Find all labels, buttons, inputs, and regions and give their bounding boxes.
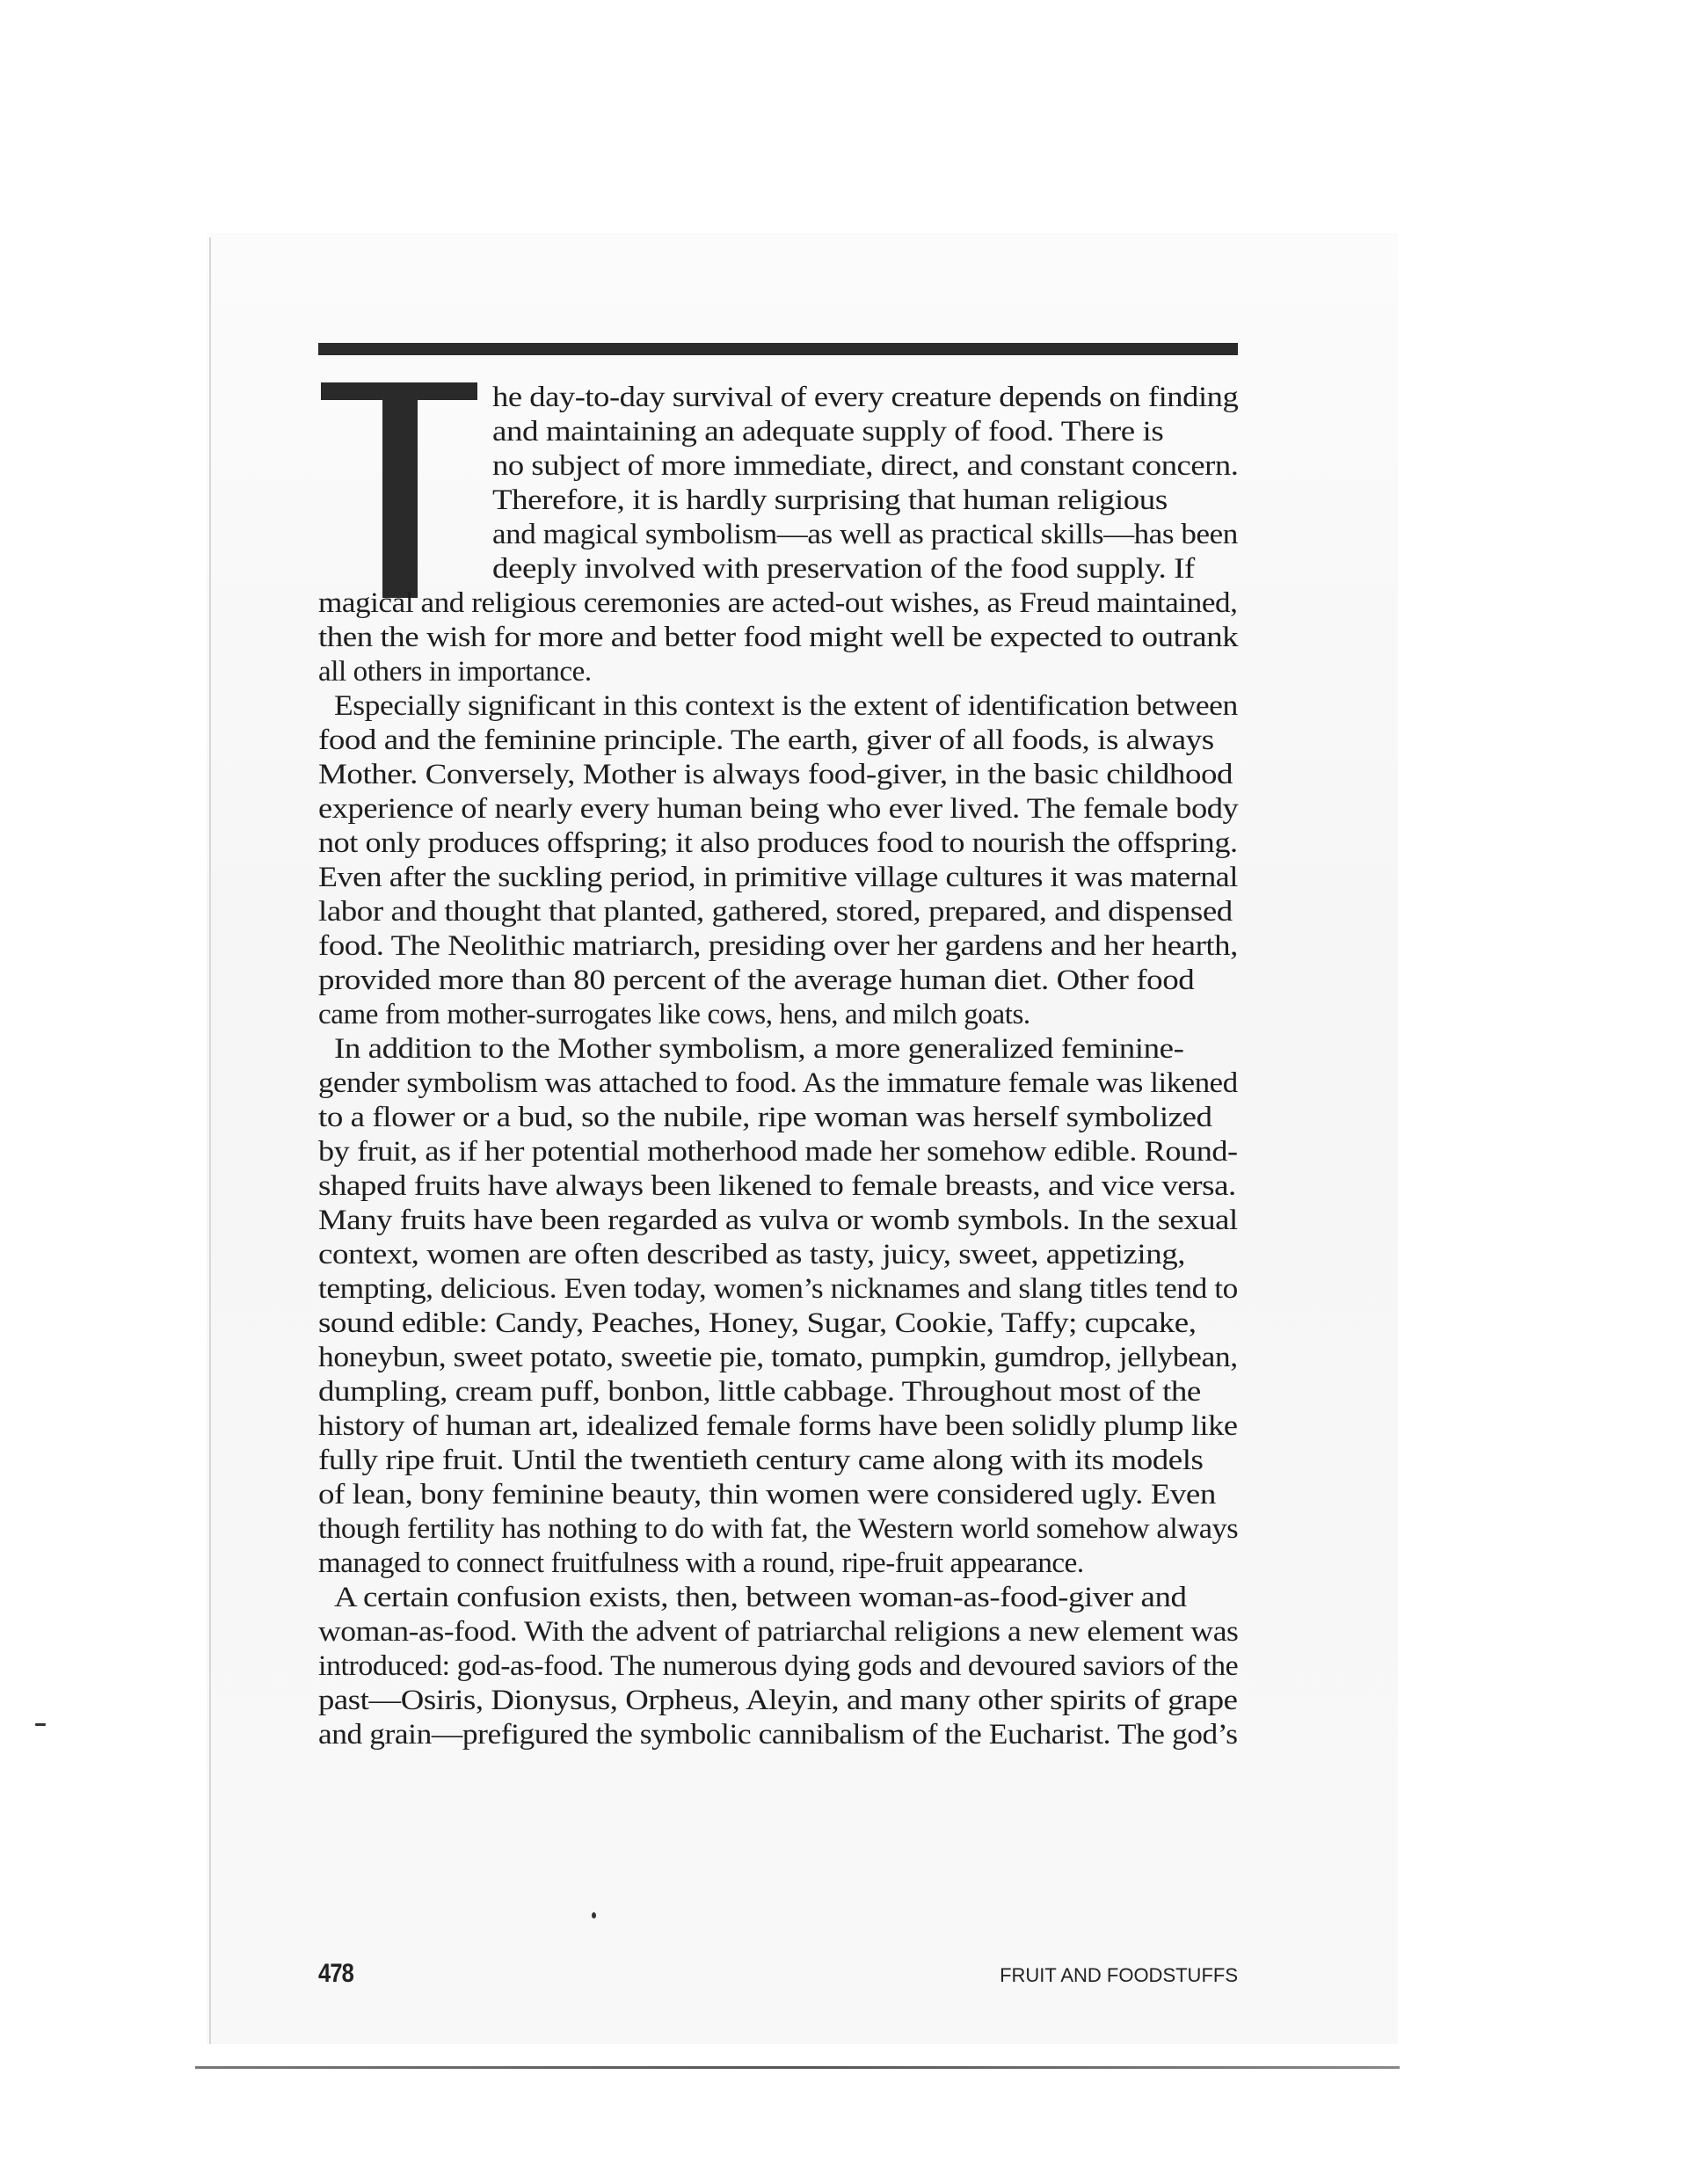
text-line: came from mother-surrogates like cows, h…	[318, 998, 1030, 1031]
text-line: all others in importance.	[318, 655, 592, 688]
text-line: though fertility has nothing to do with …	[318, 1512, 1238, 1546]
page-edge-left	[209, 237, 211, 2044]
text-line: introduced: god-as-food. The numerous dy…	[318, 1649, 1238, 1683]
text-line: not only produces offspring; it also pro…	[318, 826, 1238, 860]
text-line: history of human art, idealized female f…	[318, 1409, 1238, 1443]
text-line: context, women are often described as ta…	[318, 1238, 1185, 1271]
running-head: FRUIT AND FOODSTUFFS	[978, 1964, 1238, 1987]
text-line: food. The Neolithic matriarch, presiding…	[318, 929, 1238, 963]
drop-cap: T	[318, 376, 485, 596]
text-line: fully ripe fruit. Until the twentieth ce…	[318, 1444, 1203, 1477]
text-line: managed to connect fruitfulness with a r…	[318, 1547, 1084, 1580]
text-line: tempting, delicious. Even today, women’s…	[318, 1272, 1238, 1306]
text-line: past—Osiris, Dionysus, Orpheus, Aleyin, …	[318, 1684, 1238, 1717]
text-line: then the wish for more and better food m…	[318, 621, 1238, 654]
paragraph-start: A certain confusion exists, then, betwee…	[334, 1581, 1187, 1614]
text-line: to a flower or a bud, so the nubile, rip…	[318, 1101, 1212, 1134]
text-line: by fruit, as if her potential motherhood…	[318, 1135, 1238, 1168]
paragraph-start: In addition to the Mother symbolism, a m…	[334, 1032, 1183, 1066]
text-line: no subject of more immediate, direct, an…	[492, 449, 1238, 483]
text-line: and grain—prefigured the symbolic cannib…	[318, 1718, 1238, 1751]
text-line: and maintaining an adequate supply of fo…	[492, 415, 1163, 448]
text-line: Even after the suckling period, in primi…	[318, 861, 1238, 894]
text-line: shaped fruits have always been likened t…	[318, 1169, 1236, 1203]
text-line: he day-to-day survival of every creature…	[492, 381, 1238, 414]
text-line: honeybun, sweet potato, sweetie pie, tom…	[318, 1341, 1238, 1374]
text-line: experience of nearly every human being w…	[318, 792, 1238, 826]
page-number: 478	[318, 1959, 353, 1989]
paragraph-start: Especially significant in this context i…	[334, 689, 1238, 723]
text-line: dumpling, cream puff, bonbon, little cab…	[318, 1375, 1201, 1409]
text-line: of lean, bony feminine beauty, thin wome…	[318, 1478, 1216, 1511]
scan-speck	[35, 1723, 46, 1726]
chapter-top-rule	[318, 343, 1238, 355]
text-line: magical and religious ceremonies are act…	[318, 586, 1238, 620]
text-line: provided more than 80 percent of the ave…	[318, 964, 1194, 997]
text-line: Therefore, it is hardly surprising that …	[492, 484, 1168, 517]
text-line: Mother. Conversely, Mother is always foo…	[318, 758, 1233, 791]
page-edge-bottom	[195, 2066, 1400, 2069]
text-line: woman-as-food. With the advent of patria…	[318, 1615, 1238, 1649]
text-line: food and the feminine principle. The ear…	[318, 724, 1214, 757]
text-line: sound edible: Candy, Peaches, Honey, Sug…	[318, 1307, 1196, 1340]
drop-cap-stem	[382, 382, 418, 598]
text-line: deeply involved with preservation of the…	[492, 552, 1195, 586]
scan-speck	[592, 1912, 596, 1918]
text-line: labor and thought that planted, gathered…	[318, 895, 1233, 928]
text-line: gender symbolism was attached to food. A…	[318, 1067, 1238, 1100]
text-line: and magical symbolism—as well as practic…	[492, 518, 1238, 551]
text-line: Many fruits have been regarded as vulva …	[318, 1204, 1238, 1237]
